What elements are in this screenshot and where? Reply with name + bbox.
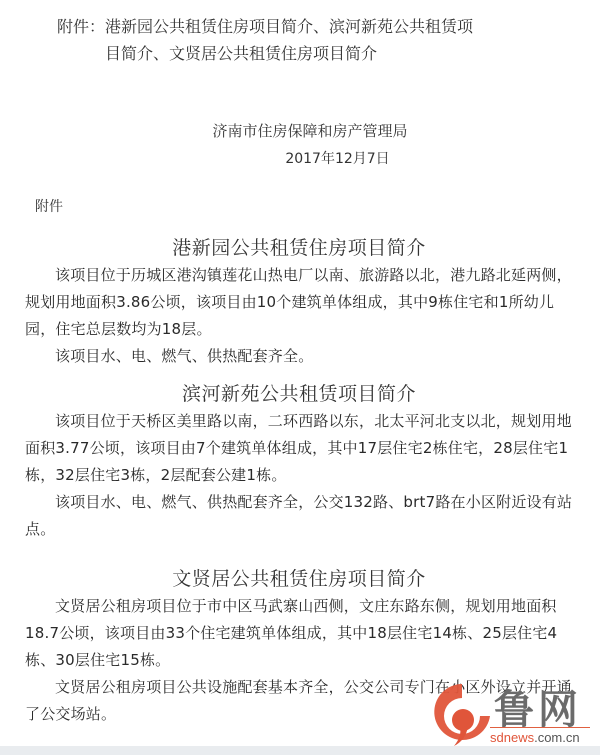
section-paragraph: 该项目位于天桥区美里路以南，二环西路以东，北太平河北支以北，规划用地面积3.77…: [25, 408, 573, 489]
attachment-list-line2: 目简介、文贤居公共租赁住房项目简介: [57, 40, 527, 67]
attachment-list: 附件：港新园公共租赁住房项目简介、滨河新苑公共租赁项 目简介、文贤居公共租赁住房…: [57, 13, 527, 67]
watermark-divider: [490, 727, 590, 728]
section-title: 港新园公共租赁住房项目简介: [25, 234, 573, 262]
watermark-url: sdnews.com.cn: [490, 730, 580, 745]
section-title: 滨河新苑公共租赁项目简介: [25, 380, 573, 408]
section-binhexinyuan: 滨河新苑公共租赁项目简介 该项目位于天桥区美里路以南，二环西路以东，北太平河北支…: [25, 380, 573, 543]
issuing-organization: 济南市住房保障和房产管理局: [0, 120, 600, 141]
section-paragraph: 文贤居公租房项目位于市中区马武寨山西侧，文庄东路东侧，规划用地面积18.7公顷，…: [25, 593, 573, 674]
bottom-strip: [0, 746, 600, 755]
section-gangxinyuan: 港新园公共租赁住房项目简介 该项目位于历城区港沟镇莲花山热电厂以南、旅游路以北，…: [25, 234, 573, 370]
section-title: 文贤居公共租赁住房项目简介: [25, 565, 573, 593]
section-paragraph: 该项目位于历城区港沟镇莲花山热电厂以南、旅游路以北，港九路北延两侧，规划用地面积…: [25, 262, 573, 343]
sdnews-watermark: 鲁网 sdnews.com.cn: [432, 682, 592, 748]
section-paragraph: 该项目水、电、燃气、供热配套齐全，公交132路、brt7路在小区附近设有站点。: [25, 489, 573, 543]
sdnews-logo-icon: [432, 682, 492, 748]
issue-date: 2017年12月7日: [0, 148, 600, 168]
attachment-label: 附件: [35, 196, 63, 216]
attachment-list-label: 附件：: [57, 17, 105, 36]
attachment-list-line1: 港新园公共租赁住房项目简介、滨河新苑公共租赁项: [105, 17, 473, 36]
section-paragraph: 该项目水、电、燃气、供热配套齐全。: [25, 343, 573, 370]
